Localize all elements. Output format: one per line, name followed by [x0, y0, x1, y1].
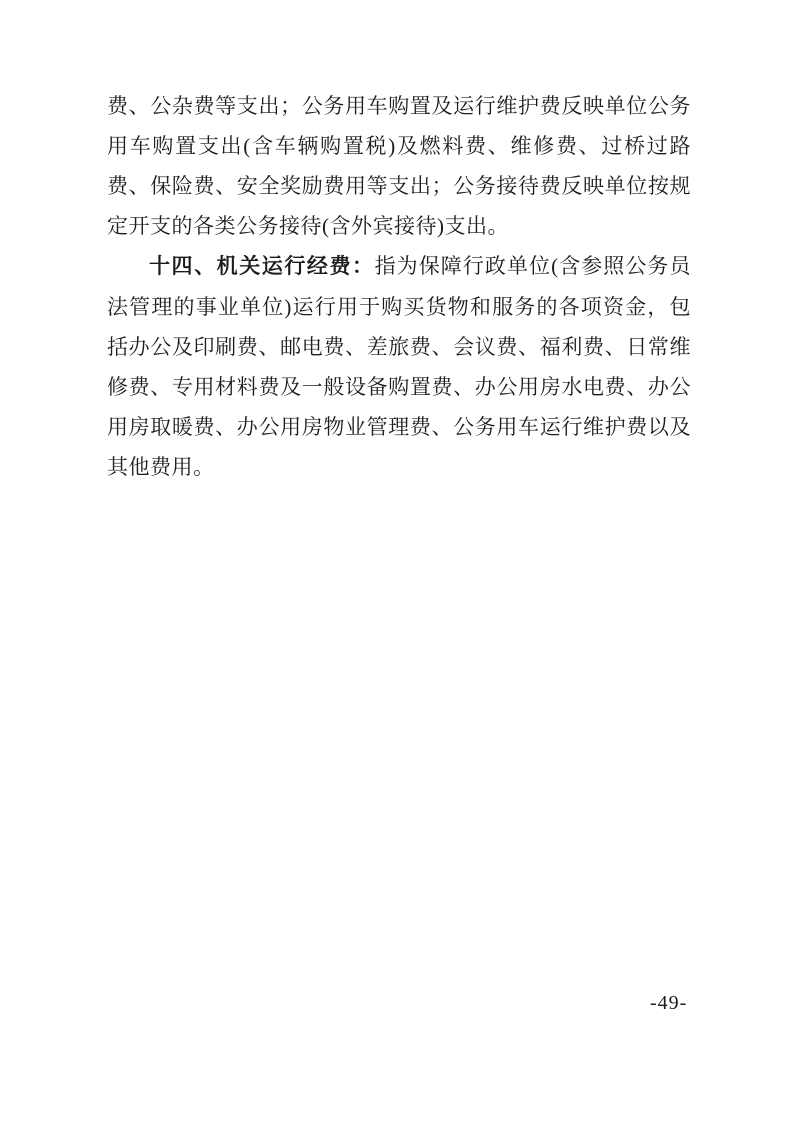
paragraph-item-14: 十四、机关运行经费：指为保障行政单位(含参照公务员法管理的事业单位)运行用于购买… — [107, 246, 691, 487]
paragraph-body-text: 指为保障行政单位(含参照公务员法管理的事业单位)运行用于购买货物和服务的各项资金… — [107, 254, 691, 479]
document-body: 费、公杂费等支出；公务用车购置及运行维护费反映单位公务用车购置支出(含车辆购置税… — [107, 86, 691, 487]
paragraph-continuation: 费、公杂费等支出；公务用车购置及运行维护费反映单位公务用车购置支出(含车辆购置税… — [107, 86, 691, 246]
page-number: -49- — [650, 991, 687, 1015]
document-page: 费、公杂费等支出；公务用车购置及运行维护费反映单位公务用车购置支出(含车辆购置税… — [0, 0, 793, 1122]
paragraph-lead-bold: 十四、机关运行经费： — [149, 255, 375, 278]
